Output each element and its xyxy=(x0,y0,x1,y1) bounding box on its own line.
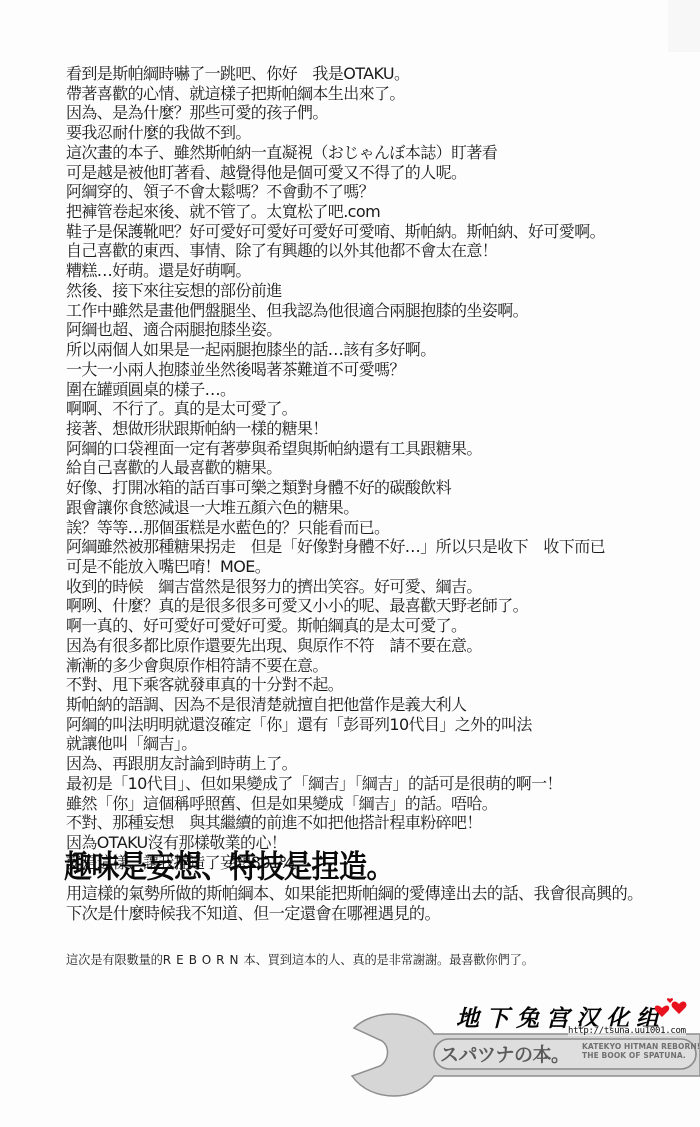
body-line: 工作中雖然是畫他們盤腿坐、但我認為他很適合兩腿抱膝的坐姿啊。 xyxy=(66,301,696,321)
body-line: 一大一小兩人抱膝並坐然後喝著茶難道不可愛嗎？ xyxy=(66,360,696,380)
body-line: 阿綱雖然被那種糖果拐走 但是「好像對身體不好…」所以只是收下 收下而已 xyxy=(66,537,696,557)
body-line: 所以兩個人如果是一起兩腿抱膝坐的話…該有多好啊。 xyxy=(66,340,696,360)
body-line: 最初是「10代目」、但如果變成了「綱吉」「綱吉」的話可是很萌的啊一！ xyxy=(66,774,696,794)
body-line: 跟會讓你食慾減退一大堆五顏六色的糖果。 xyxy=(66,498,696,518)
afterword-body: 看到是斯帕綱時嚇了一跳吧、你好 我是OTAKU。 帶著喜歡的心情、就這樣子把斯帕… xyxy=(66,64,696,872)
closing-paragraph: 用這樣的氣勢所做的斯帕綱本、如果能把斯帕綱的愛傳達出去的話、我會很高興的。 下次… xyxy=(66,884,700,924)
body-line: 因為有很多都比原作還要先出現、與原作不符 請不要在意。 xyxy=(66,636,696,656)
closing-line: 下次是什麼時候我不知道、但一定還會在哪裡遇見的。 xyxy=(66,904,700,924)
body-line: 自己喜歡的東西、事情、除了有興趣的以外其他都不會太在意！ xyxy=(66,241,696,261)
body-line: 接著、想做形狀跟斯帕納一樣的糖果！ xyxy=(66,419,696,439)
body-line: 好像、打開冰箱的話百事可樂之類對身體不好的碳酸飲料 xyxy=(66,478,696,498)
thanks-note: 這次是有限數量的REBORN本、買到這本的人、真的是非常謝謝。最喜歡你們了。 xyxy=(66,953,534,967)
thanks-suffix: 本、買到這本的人、真的是非常謝謝。最喜歡你們了。 xyxy=(243,953,533,967)
body-line: 可是不能放入嘴巴唷！MOE。 xyxy=(66,557,696,577)
logo-subtitle-line: KATEKYO HITMAN REBORN! xyxy=(582,1042,700,1051)
thanks-prefix: 這次是有限數量的 xyxy=(66,953,163,967)
body-line: 阿綱也超、適合兩腿抱膝坐姿。 xyxy=(66,320,696,340)
body-line: 不對、那種妄想 與其繼續的前進不如把他搭計程車粉碎吧！ xyxy=(66,813,696,833)
body-line: 把褲管卷起來後、就不管了。太寬松了吧.com xyxy=(66,202,696,222)
body-line: 阿綱穿的、領子不會太鬆嗎？不會動不了嗎？ xyxy=(66,182,696,202)
thanks-reborn: REBORN xyxy=(163,953,244,967)
body-line: 誒？等等…那個蛋糕是水藍色的？只能看而已。 xyxy=(66,518,696,538)
body-line: 就讓他叫「綱吉」。 xyxy=(66,734,696,754)
body-line: 因為、是為什麼？那些可愛的孩子們。 xyxy=(66,103,696,123)
body-line: 斯帕納的語調、因為不是很清楚就擅自把他當作是義大利人 xyxy=(66,695,696,715)
body-line: 這次畫的本子、雖然斯帕納一直凝視（おじゃんぼ本誌）盯著看 xyxy=(66,143,696,163)
body-line: 阿綱的叫法明明就還沒確定「你」還有「彭哥列10代目」之外的叫法 xyxy=(66,715,696,735)
hearts-icon xyxy=(652,996,692,1024)
body-line: 啊咧、什麼？真的是很多很多可愛又小小的呢、最喜歡天野老師了。 xyxy=(66,596,696,616)
body-line: 啊一真的、好可愛好可愛好可愛。斯帕綱真的是太可愛了。 xyxy=(66,616,696,636)
body-line: 阿綱的口袋裡面一定有著夢與希望與斯帕納還有工具跟糖果。 xyxy=(66,439,696,459)
body-line: 看到是斯帕綱時嚇了一跳吧、你好 我是OTAKU。 xyxy=(66,64,696,84)
body-line: 圍在罐頭圓桌的樣子…。 xyxy=(66,380,696,400)
page-scan-edge xyxy=(668,0,700,52)
closing-line: 用這樣的氣勢所做的斯帕綱本、如果能把斯帕綱的愛傳達出去的話、我會很高興的。 xyxy=(66,884,700,904)
body-line: 帶著喜歡的心情、就這樣子把斯帕綱本生出來了。 xyxy=(66,84,696,104)
body-line: 然後、接下來往妄想的部份前進 xyxy=(66,281,696,301)
body-line: 漸漸的多少會與原作相符請不要在意。 xyxy=(66,656,696,676)
logo-subtitle-line: THE BOOK OF SPATUNA. xyxy=(582,1051,700,1060)
logo-subtitle: KATEKYO HITMAN REBORN! THE BOOK OF SPATU… xyxy=(582,1042,700,1060)
body-line: 因為、再跟朋友討論到時萌上了。 xyxy=(66,754,696,774)
body-line: 給自己喜歡的人最喜歡的糖果。 xyxy=(66,458,696,478)
body-line: 雖然「你」這個稱呼照舊、但是如果變成「綱吉」的話。唔哈。 xyxy=(66,794,696,814)
logo-title-jp: スパツナの本。 xyxy=(440,1040,570,1067)
watermark-url: http://tsuna.uu1001.com xyxy=(568,1026,686,1036)
body-line: 可是越是被他盯著看、越覺得他是個可愛又不得了的人呢。 xyxy=(66,163,696,183)
body-line: 啊啊、不行了。真的是太可愛了。 xyxy=(66,399,696,419)
body-line: 要我忍耐什麼的我做不到。 xyxy=(66,123,696,143)
body-line: 糟糕…好萌。還是好萌啊。 xyxy=(66,261,696,281)
headline: 趣味是妄想、特技是捏造。 xyxy=(64,848,394,886)
body-line: 收到的時候 綱吉當然是很努力的擠出笑容。好可愛、綱吉。 xyxy=(66,577,696,597)
body-line: 不對、甩下乘客就發車真的十分對不起。 xyxy=(66,675,696,695)
body-line: 鞋子是保護靴吧？好可愛好可愛好可愛好可愛唷、斯帕納。斯帕納、好可愛啊。 xyxy=(66,222,696,242)
